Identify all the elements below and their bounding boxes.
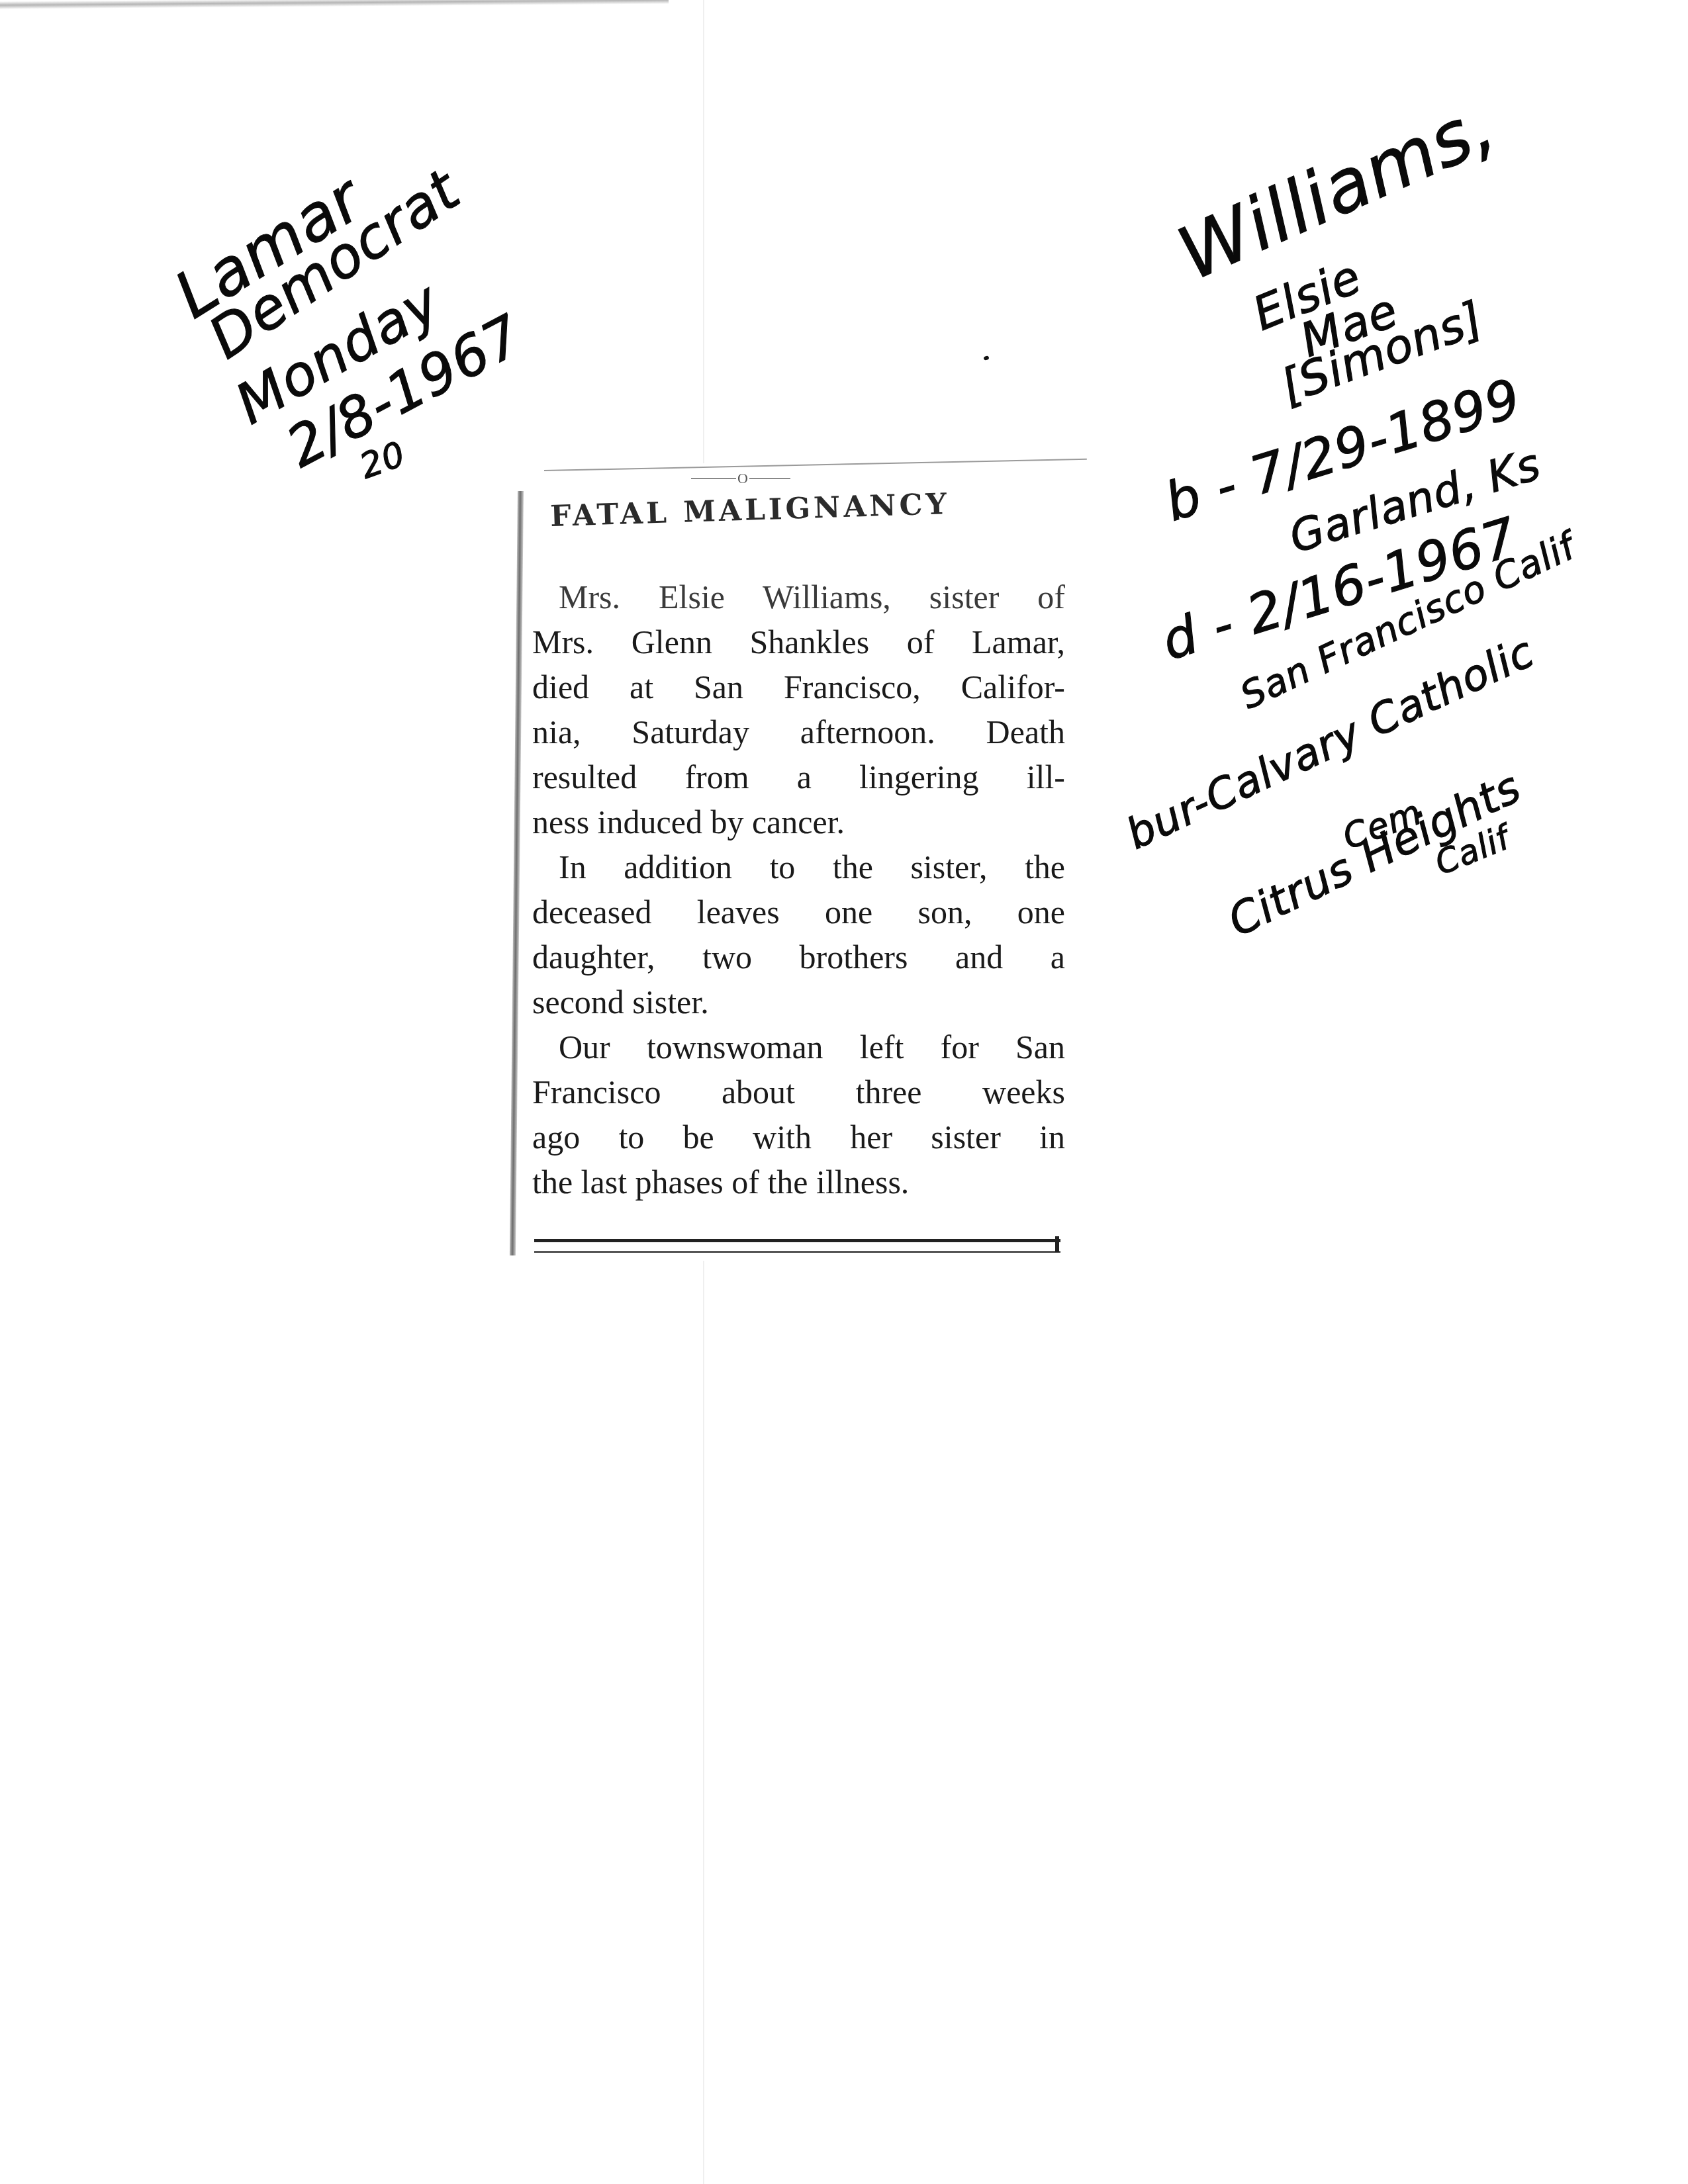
clipping-line: daughter, two brothers and a — [532, 934, 1065, 979]
clipping-headline: FATAL MALIGNANCY — [549, 487, 950, 533]
separator-glyph: O — [736, 470, 749, 487]
clipping-line: Francisco about three weeks — [532, 1069, 1065, 1115]
newspaper-clipping: O FATAL MALIGNANCY Mrs. Elsie Williams, … — [518, 463, 1087, 1261]
clipping-line: ago to be with her sister in — [532, 1115, 1065, 1160]
scan-edge-shadow — [0, 0, 669, 9]
handwritten-genealogy-note: Williams, Elsie Mae [Simons] b - 7/29-18… — [1139, 119, 1642, 927]
clipping-line: ness induced by cancer. — [532, 799, 1065, 844]
clipping-bottom-rule-thin — [534, 1251, 1060, 1253]
clipping-rule-end — [1055, 1236, 1059, 1252]
clipping-line: In addition to the sister, the — [532, 844, 1065, 889]
clipping-line: Mrs. Glenn Shankles of Lamar, — [532, 619, 1065, 664]
clipping-line: deceased leaves one son, one — [532, 889, 1065, 934]
clipping-line: Mrs. Elsie Williams, sister of — [532, 574, 1065, 619]
clipping-bottom-rule — [534, 1239, 1060, 1242]
clipping-line: second sister. — [532, 979, 1065, 1024]
clipping-line: nia, Saturday afternoon. Death — [532, 709, 1065, 754]
clipping-line: died at San Francisco, Califor- — [532, 664, 1065, 709]
clipping-separator: O — [691, 478, 790, 479]
clipping-top-edge — [544, 459, 1087, 471]
scan-speck — [983, 355, 990, 361]
clipping-body: Mrs. Elsie Williams, sister of Mrs. Glen… — [532, 574, 1065, 1205]
clipping-line: Our townswoman left for San — [532, 1024, 1065, 1069]
clipping-line: the last phases of the illness. — [532, 1160, 1065, 1205]
clipping-column-rule — [510, 491, 524, 1255]
handwritten-source-note: Lamar Democrat Monday 2/8-1967 20 — [192, 185, 536, 470]
clipping-line: resulted from a lingering ill- — [532, 754, 1065, 799]
